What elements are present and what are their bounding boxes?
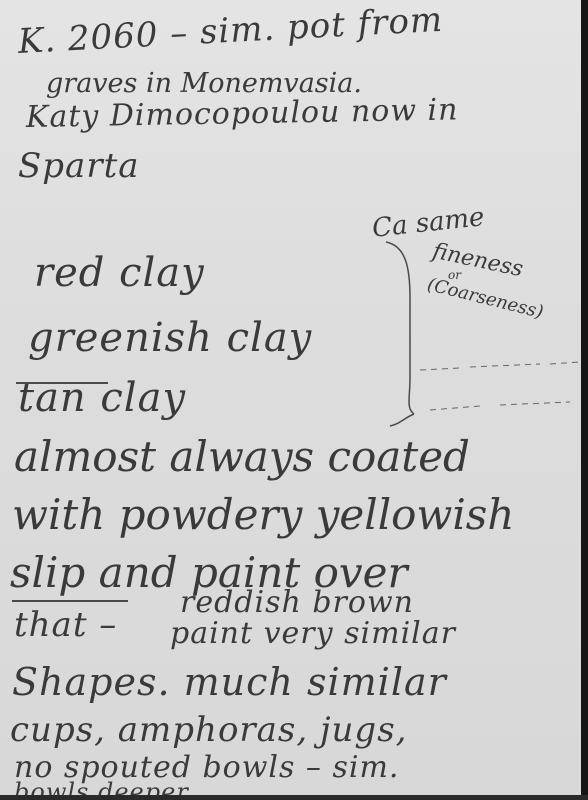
scan-border-right bbox=[581, 0, 588, 800]
note-line-person: Katy Dimocopoulou now in bbox=[26, 92, 459, 135]
note-line-red-clay: red clay bbox=[34, 250, 205, 296]
strikethrough-tan bbox=[16, 382, 108, 384]
note-line-reddish-brown: reddish brown bbox=[180, 585, 414, 620]
note-line-cups-amphoras: cups, amphoras, jugs, bbox=[10, 710, 407, 750]
note-line-catalog-number: K. 2060 – sim. pot from bbox=[17, 0, 444, 62]
note-line-greenish-clay: greenish clay bbox=[28, 315, 312, 361]
handwritten-note-page: K. 2060 – sim. pot from graves in Monemv… bbox=[0, 0, 581, 795]
note-line-bowls-deeper: bowls deeper. bbox=[14, 778, 195, 795]
note-line-shapes: Shapes. much similar bbox=[12, 660, 447, 704]
margin-note-coarseness: (Coarseness) bbox=[425, 274, 545, 323]
note-line-location: Sparta bbox=[18, 146, 140, 186]
curly-brace-icon bbox=[380, 238, 416, 428]
note-line-coated: almost always coated bbox=[14, 432, 470, 481]
note-line-powdery: with powdery yellowish bbox=[12, 490, 514, 539]
note-line-that: that – bbox=[14, 605, 117, 645]
strikethrough-that bbox=[12, 600, 128, 602]
margin-note-same: Ca same bbox=[371, 202, 486, 244]
margin-note-fineness: fineness bbox=[430, 239, 525, 283]
note-line-paint-similar: paint very similar bbox=[170, 616, 456, 651]
scan-border-bottom bbox=[0, 795, 588, 800]
